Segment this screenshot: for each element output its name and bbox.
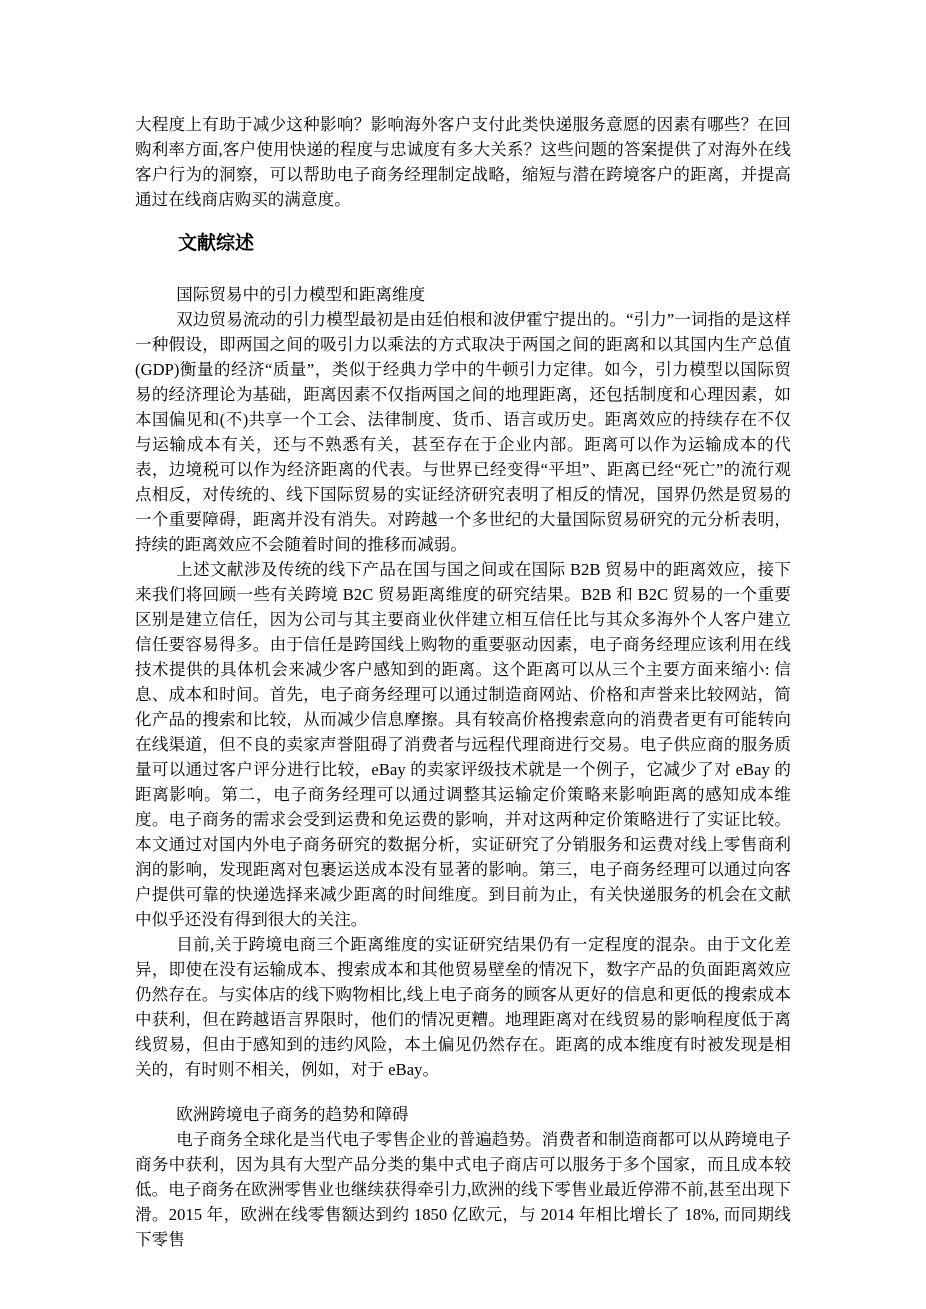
paragraph-gravity-model-1: 双边贸易流动的引力模型最初是由廷伯根和波伊霍宁提出的。“引力”一词指的是这样一种… — [135, 307, 791, 557]
paragraph-gravity-model-3: 目前,关于跨境电商三个距离维度的实证研究结果仍有一定程度的混杂。由于文化差异，即… — [135, 932, 791, 1082]
intro-paragraph: 大程度上有助于减少这种影响？影响海外客户支付此类快递服务意愿的因素有哪些？在回购… — [135, 112, 791, 212]
paragraph-gravity-model-2: 上述文献涉及传统的线下产品在国与国之间或在国际 B2B 贸易中的距离效应，接下来… — [135, 557, 791, 932]
paragraph-europe-trends-1: 电子商务全球化是当代电子零售企业的普遍趋势。消费者和制造商都可以从跨境电子商务中… — [135, 1127, 791, 1252]
subsection-heading-gravity-model: 国际贸易中的引力模型和距离维度 — [135, 282, 791, 307]
subsection-heading-europe-trends: 欧洲跨境电子商务的趋势和障碍 — [135, 1102, 791, 1127]
document-page: 大程度上有助于减少这种影响？影响海外客户支付此类快递服务意愿的因素有哪些？在回购… — [0, 0, 926, 1309]
section-heading-literature-review: 文献综述 — [135, 231, 791, 257]
